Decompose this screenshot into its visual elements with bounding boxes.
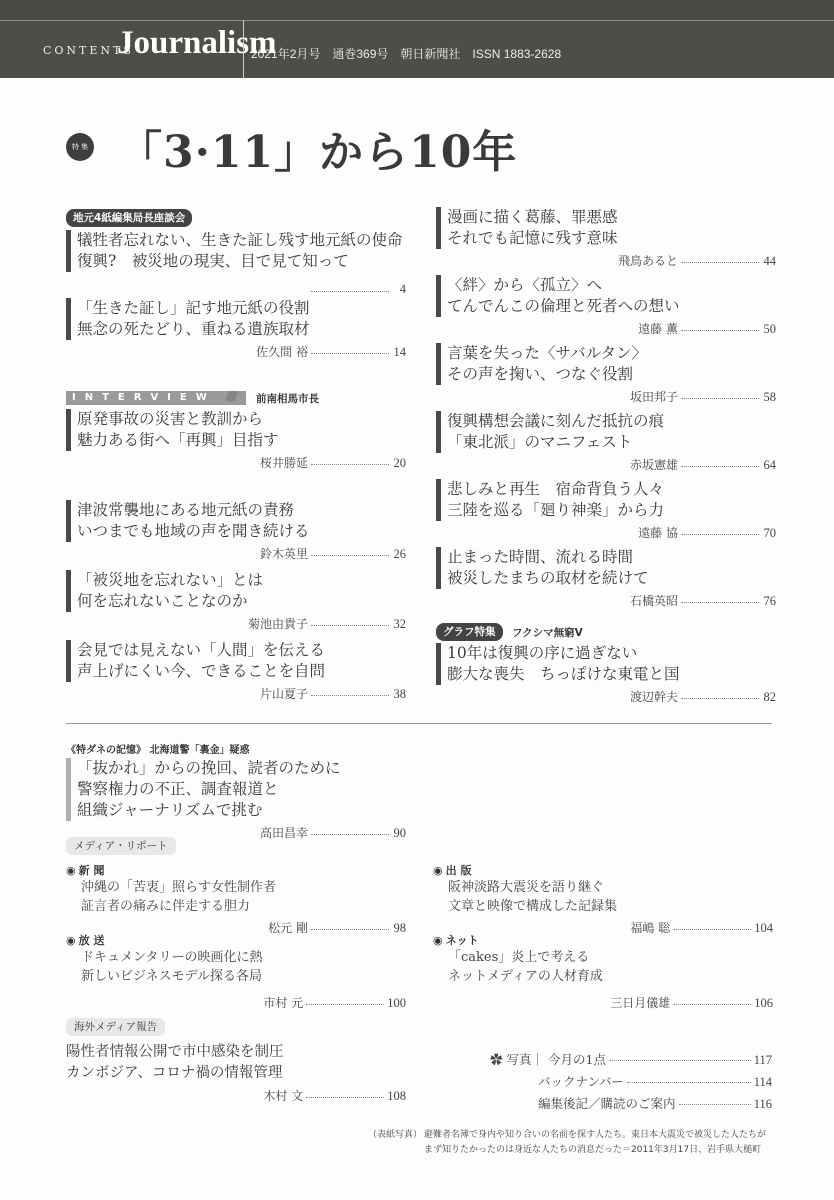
page-number: 32 [392,617,406,632]
article-title-line: 魅力ある街へ「再興」目指す [77,430,406,451]
article-title-line: 犠牲者忘れない、生きた証し残す地元紙の使命 [77,230,406,251]
media-category: 出 版 [446,864,472,877]
misc-photo-of-month[interactable]: ✿ 写真｜ 今月の1点 117 [490,1050,772,1068]
author: 菊池由貴子 [248,615,308,632]
media-category: 放 送 [79,934,105,947]
media-category: ネット [446,934,479,947]
overseas-tag: 海外メディア報告 [66,1018,165,1036]
page-number: 26 [392,547,406,562]
misc-label: 編集後記／購読のご案内 [538,1094,676,1112]
author: 三日月儀雄 [610,994,670,1011]
media-category: 新 聞 [79,864,105,877]
leader-dots [681,398,759,399]
article-title-line: 「生きた証し」記す地元紙の役割 [77,298,406,319]
article-left-1[interactable]: 犠牲者忘れない、生きた証し残す地元紙の使命 復興? 被災地の現実、目で見て知って… [66,230,406,297]
author: 遠藤 薫 [638,320,678,337]
article-title-line: 「東北派」のマニフェスト [447,432,776,453]
leader-dots [311,929,389,930]
page-number: 64 [762,458,776,473]
author: 鈴木英里 [260,545,308,562]
article-title-line: それでも記憶に残す意味 [447,228,776,249]
author: 片山夏子 [260,685,308,702]
leader-dots [306,1097,384,1098]
author: 木村 文 [263,1087,303,1104]
article-title-line: いつまでも地域の声を聞き続ける [77,521,406,542]
header-divider [243,20,244,78]
article-title-line: その声を掬い、つなぐ役割 [447,364,776,385]
author: 渡辺幹夫 [630,688,678,705]
article-title-line: 「抜かれ」からの挽回、読者のために [77,758,406,779]
page-number: 114 [754,1075,772,1090]
page-number: 106 [754,996,773,1011]
page-number: 108 [387,1089,406,1104]
article-title-line: 三陸を巡る「廻り神楽」から力 [447,500,776,521]
page-number: 44 [762,254,776,269]
article-right-1[interactable]: 漫画に描く葛藤、罪悪感 それでも記憶に残す意味 飛鳥あると 44 [436,207,776,269]
media-title-line: 文章と映像で構成した記録集 [448,897,773,916]
article-right-6[interactable]: 止まった時間、流れる時間 被災したまちの取材を続けて 石橋英昭 76 [436,547,776,609]
page-number: 38 [392,687,406,702]
leader-dots [681,534,759,535]
article-right-3[interactable]: 言葉を失った〈サバルタン〉 その声を掬い、つなぐ役割 坂田邦子 58 [436,343,776,405]
cover-caption-label: （表紙写真） [368,1128,422,1143]
leader-dots [311,695,389,696]
misc-back-numbers[interactable]: バックナンバー 114 [538,1072,772,1090]
misc-editors-note[interactable]: 編集後記／購読のご案内 116 [538,1094,772,1112]
leader-dots [681,330,759,331]
page-number: 50 [762,322,776,337]
article-left-5[interactable]: 「被災地を忘れない」とは 何を忘れないことなのか 菊池由貴子 32 [66,570,406,632]
header: CONTENTS Journalism 2021年2月号 通巻369号 朝日新聞… [0,0,834,78]
leader-dots [311,291,389,292]
page-number: 82 [762,690,776,705]
author: 赤坂憲雄 [630,456,678,473]
leader-dots [673,929,751,930]
article-title-line: 警察権力の不正、調査報道と [77,779,406,800]
radio-bullet-icon: ◉ [433,934,443,947]
article-right-7[interactable]: 10年は復興の序に過ぎない 膨大な喪失 ちっぽけな東電と国 渡辺幹夫 82 [436,643,776,705]
scoop-note: 《特ダネの記憶》 北海道警「裏金」疑惑 [66,741,249,756]
radio-bullet-icon: ◉ [66,934,76,947]
media-item-newspaper[interactable]: ◉新 聞 沖縄の「苦衷」照らす女性制作者 証言者の痛みに伴走する胆力 松元 剛 … [66,862,406,936]
photo-flower-icon: ✿ [490,1052,503,1067]
page-number: 14 [392,345,406,360]
leader-dots [306,1004,384,1005]
leader-dots [311,834,389,835]
graph-feature-note: フクシマ無窮V [512,625,583,640]
radio-bullet-icon: ◉ [66,864,76,877]
media-title-line: 新しいビジネスモデル探る各局 [81,967,406,986]
cover-caption: （表紙写真） 避難者名簿で身内や知り合いの名前を探す人たち。東日本大震災で被災し… [368,1128,766,1158]
article-title-line: 被災したまちの取材を続けて [447,568,776,589]
article-title-line: 声上げにくい今、できることを自問 [77,661,406,682]
leader-dots [311,464,389,465]
leader-dots [681,466,759,467]
leader-dots [627,1082,751,1083]
leader-dots [681,262,759,263]
article-title-line: 「被災地を忘れない」とは [77,570,406,591]
page-number: 58 [762,390,776,405]
issue-meta: 2021年2月号 通巻369号 朝日新聞社 ISSN 1883-2628 [251,45,561,62]
media-item-net[interactable]: ◉ネット 「cakes」炎上で考える ネットメディアの人材育成 三日月儀雄 10… [433,932,773,1011]
leader-dots [679,1104,751,1105]
article-right-5[interactable]: 悲しみと再生 宿命背負う人々 三陸を巡る「廻り神楽」から力 遠藤 協 70 [436,479,776,541]
page-number: 76 [762,594,776,609]
author: 桜井勝延 [260,454,308,471]
article-title-line: 言葉を失った〈サバルタン〉 [447,343,776,364]
author: 佐久間 裕 [256,343,308,360]
misc-label: バックナンバー [538,1072,624,1090]
article-title-line: カンボジア、コロナ禍の情報管理 [66,1063,406,1084]
article-left-4[interactable]: 津波常襲地にある地元紙の責務 いつまでも地域の声を聞き続ける 鈴木英里 26 [66,500,406,562]
section-divider [66,723,772,724]
leader-dots [673,1004,751,1005]
feature-badge: 特 集 [66,133,94,161]
page-number: 4 [392,282,406,297]
author: 石橋英昭 [630,592,678,609]
media-item-broadcast[interactable]: ◉放 送 ドキュメンタリーの映画化に熱 新しいビジネスモデル探る各局 市村 元 … [66,932,406,1011]
leader-dots [681,698,759,699]
article-title-line: 組織ジャーナリズムで挑む [77,800,406,821]
media-report-tag: メディア・リポート [66,837,176,855]
author: 坂田邦子 [630,388,678,405]
article-left-2[interactable]: 「生きた証し」記す地元紙の役割 無念の死たどり、重ねる遺族取材 佐久間 裕 14 [66,298,406,360]
article-title-line: 原発事故の災害と教訓から [77,409,406,430]
misc-label: 今月の1点 [548,1052,606,1067]
feature-title: 「3·11」から10年 [118,116,517,180]
leader-dots [311,555,389,556]
article-title-line: 〈絆〉から〈孤立〉へ [447,275,776,296]
cover-caption-line: まず知りたかったのは身近な人たちの消息だった＝2011年3月17日、岩手県大槌町 [424,1143,766,1158]
page-number: 90 [392,826,406,841]
interview-slashes: //// [226,389,236,403]
article-title-line: 無念の死たどり、重ねる遺族取材 [77,319,406,340]
cover-caption-line: 避難者名簿で身内や知り合いの名前を探す人たち。東日本大震災で被災した人たちが [424,1128,766,1143]
page-number: 100 [387,996,406,1011]
page-number: 20 [392,456,406,471]
article-title-line: 漫画に描く葛藤、罪悪感 [447,207,776,228]
author: 高田昌幸 [260,824,308,841]
article-title-line: 津波常襲地にある地元紙の責務 [77,500,406,521]
article-right-4[interactable]: 復興構想会議に刻んだ抵抗の痕 「東北派」のマニフェスト 赤坂憲雄 64 [436,411,776,473]
leader-dots [311,625,389,626]
article-title-line: 止まった時間、流れる時間 [447,547,776,568]
article-right-2[interactable]: 〈絆〉から〈孤立〉へ てんでんこの倫理と死者への想い 遠藤 薫 50 [436,275,776,337]
article-title-line: 何を忘れないことなのか [77,591,406,612]
page-number: 116 [754,1097,772,1112]
article-title-line: てんでんこの倫理と死者への想い [447,296,776,317]
article-title-line: 悲しみと再生 宿命背負う人々 [447,479,776,500]
page-number: 70 [762,526,776,541]
radio-bullet-icon: ◉ [433,864,443,877]
photo-prefix: 写真｜ [507,1052,545,1067]
article-scoop[interactable]: 「抜かれ」からの挽回、読者のために 警察権力の不正、調査報道と 組織ジャーナリズ… [66,758,406,841]
author: 飛鳥あると [618,252,678,269]
page-number: 117 [754,1053,772,1068]
article-left-6[interactable]: 会見では見えない「人間」を伝える 声上げにくい今、できることを自問 片山夏子 3… [66,640,406,702]
interview-note: 前南相馬市長 [256,391,319,406]
leader-dots [681,602,759,603]
article-title-line: 10年は復興の序に過ぎない [447,643,776,664]
leader-dots [609,1060,751,1061]
media-title-line: 沖縄の「苦衷」照らす女性制作者 [81,878,406,897]
article-title-line: 陽性者情報公開で市中感染を制圧 [66,1042,406,1063]
author: 遠藤 協 [638,524,678,541]
media-title-line: 「cakes」炎上で考える [448,948,773,967]
article-title-line: 復興構想会議に刻んだ抵抗の痕 [447,411,776,432]
roundtable-tag: 地元4紙編集局長座談会 [66,209,192,227]
author: 市村 元 [263,994,303,1011]
media-title-line: ドキュメンタリーの映画化に熱 [81,948,406,967]
article-overseas[interactable]: 陽性者情報公開で市中感染を制圧 カンボジア、コロナ禍の情報管理 木村 文 108 [66,1042,406,1104]
media-title-line: ネットメディアの人材育成 [448,967,773,986]
media-title-line: 証言者の痛みに伴走する胆力 [81,897,406,916]
media-title-line: 阪神淡路大震災を語り継ぐ [448,878,773,897]
media-item-publishing[interactable]: ◉出 版 阪神淡路大震災を語り継ぐ 文章と映像で構成した記録集 福嶋 聡 104 [433,862,773,936]
article-left-3[interactable]: 原発事故の災害と教訓から 魅力ある街へ「再興」目指す 桜井勝延 20 [66,409,406,471]
article-title-line: 会見では見えない「人間」を伝える [77,640,406,661]
graph-feature-tag: グラフ特集 [436,623,503,641]
article-title-line: 復興? 被災地の現実、目で見て知って [77,251,406,272]
article-title-line: 膨大な喪失 ちっぽけな東電と国 [447,664,776,685]
interview-label: INTERVIEW [66,391,246,405]
leader-dots [311,353,389,354]
